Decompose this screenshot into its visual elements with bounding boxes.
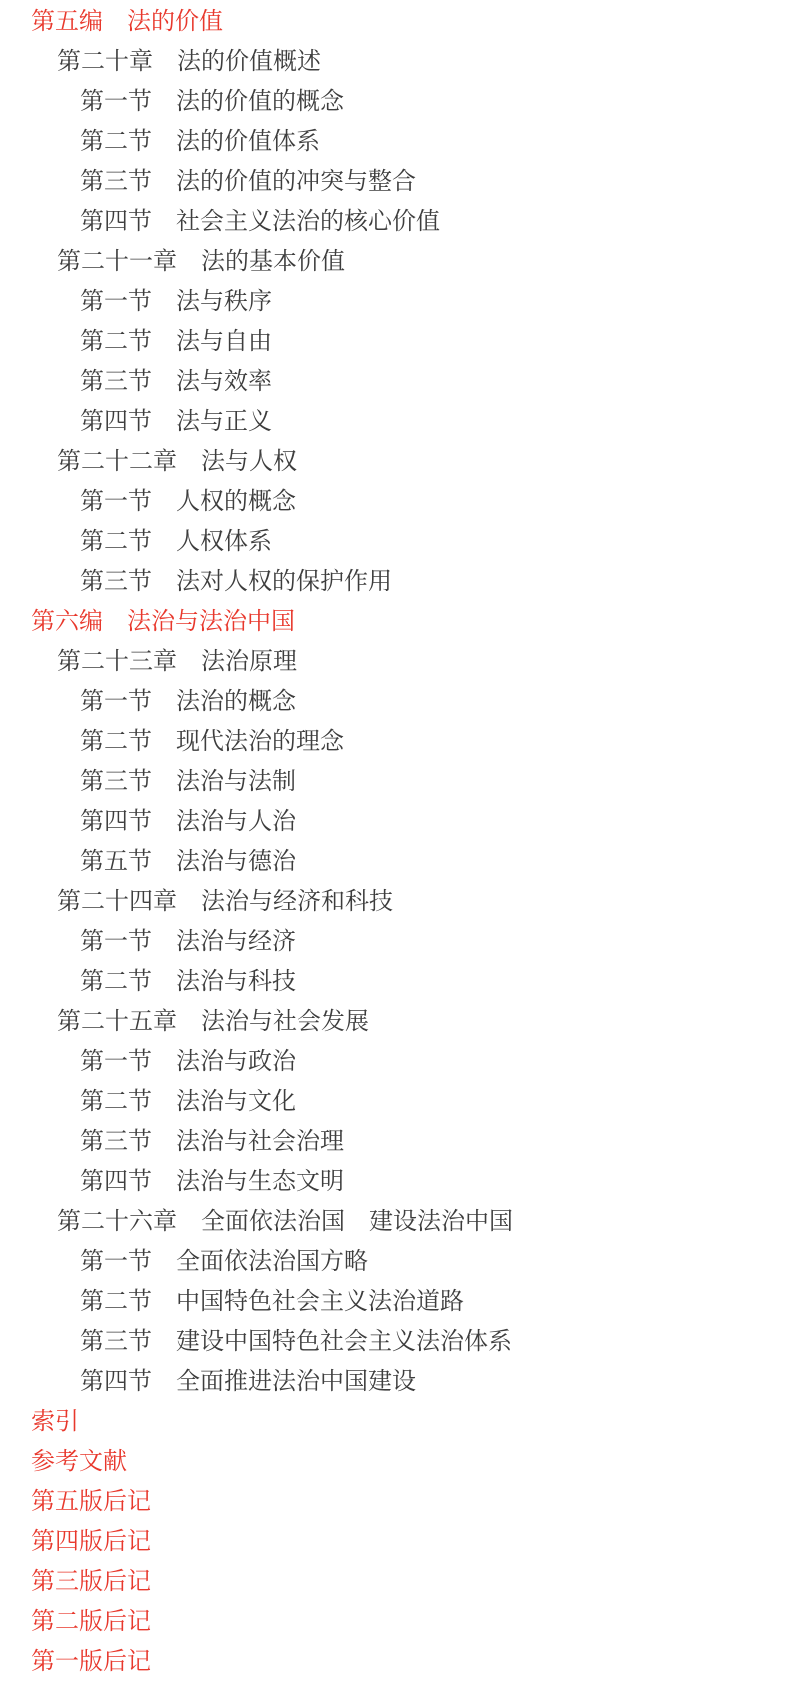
toc-entry-section[interactable]: 第三节法的价值的冲突与整合 <box>0 161 790 201</box>
toc-entry-section[interactable]: 第三节法治与社会治理 <box>0 1121 790 1161</box>
entry-title: 法治与科技 <box>176 961 296 1001</box>
entry-number: 第一节 <box>80 1041 152 1081</box>
entry-title: 法治与法制 <box>176 761 296 801</box>
entry-title: 法的价值 <box>127 1 223 41</box>
toc-entry-backmatter[interactable]: 第四版后记 <box>0 1521 790 1561</box>
entry-number: 第一节 <box>80 281 152 321</box>
toc-entry-section[interactable]: 第五节法治与德治 <box>0 841 790 881</box>
toc-entry-section[interactable]: 第一节法的价值的概念 <box>0 81 790 121</box>
entry-title: 中国特色社会主义法治道路 <box>176 1281 464 1321</box>
toc-entry-chapter[interactable]: 第二十章法的价值概述 <box>0 41 790 81</box>
entry-title: 索引 <box>31 1401 79 1441</box>
entry-number: 第三节 <box>80 1321 152 1361</box>
entry-title: 法治与社会发展 <box>201 1001 369 1041</box>
entry-title: 第一版后记 <box>31 1641 151 1681</box>
toc-entry-section[interactable]: 第三节法对人权的保护作用 <box>0 561 790 601</box>
toc-entry-part[interactable]: 第五编法的价值 <box>0 1 790 41</box>
entry-number: 第一节 <box>80 81 152 121</box>
entry-title: 法治与政治 <box>176 1041 296 1081</box>
entry-number: 第二十四章 <box>57 881 177 921</box>
entry-title: 法的价值的概念 <box>176 81 344 121</box>
entry-title: 法的基本价值 <box>201 241 345 281</box>
toc-entry-section[interactable]: 第四节全面推进法治中国建设 <box>0 1361 790 1401</box>
toc-page: 第五编法的价值第二十章法的价值概述第一节法的价值的概念第二节法的价值体系第三节法… <box>0 0 790 1705</box>
toc-entry-backmatter[interactable]: 第五版后记 <box>0 1481 790 1521</box>
entry-number: 第三节 <box>80 1121 152 1161</box>
entry-title: 法与正义 <box>176 401 272 441</box>
toc-entry-section[interactable]: 第三节建设中国特色社会主义法治体系 <box>0 1321 790 1361</box>
entry-title: 建设中国特色社会主义法治体系 <box>176 1321 512 1361</box>
toc-entry-section[interactable]: 第二节法的价值体系 <box>0 121 790 161</box>
toc-entry-backmatter[interactable]: 参考文献 <box>0 1441 790 1481</box>
entry-title: 法治与文化 <box>176 1081 296 1121</box>
toc-list: 第五编法的价值第二十章法的价值概述第一节法的价值的概念第二节法的价值体系第三节法… <box>0 1 790 1681</box>
entry-number: 第二十一章 <box>57 241 177 281</box>
toc-entry-section[interactable]: 第二节人权体系 <box>0 521 790 561</box>
entry-number: 第二节 <box>80 961 152 1001</box>
toc-entry-section[interactable]: 第一节法治的概念 <box>0 681 790 721</box>
entry-title: 法与秩序 <box>176 281 272 321</box>
toc-entry-section[interactable]: 第二节中国特色社会主义法治道路 <box>0 1281 790 1321</box>
toc-entry-section[interactable]: 第三节法治与法制 <box>0 761 790 801</box>
toc-entry-section[interactable]: 第一节法治与经济 <box>0 921 790 961</box>
entry-title: 法与人权 <box>201 441 297 481</box>
toc-entry-section[interactable]: 第一节法治与政治 <box>0 1041 790 1081</box>
entry-number: 第二节 <box>80 721 152 761</box>
entry-title: 社会主义法治的核心价值 <box>176 201 440 241</box>
entry-title: 法的价值体系 <box>176 121 320 161</box>
entry-title: 第三版后记 <box>31 1561 151 1601</box>
entry-number: 第三节 <box>80 361 152 401</box>
toc-entry-backmatter[interactable]: 第三版后记 <box>0 1561 790 1601</box>
entry-title: 第四版后记 <box>31 1521 151 1561</box>
entry-title: 第二版后记 <box>31 1601 151 1641</box>
toc-entry-chapter[interactable]: 第二十六章全面依法治国 建设法治中国 <box>0 1201 790 1241</box>
toc-entry-backmatter[interactable]: 第二版后记 <box>0 1601 790 1641</box>
toc-entry-section[interactable]: 第三节法与效率 <box>0 361 790 401</box>
entry-title: 法与自由 <box>176 321 272 361</box>
entry-number: 第一节 <box>80 1241 152 1281</box>
entry-number: 第二十三章 <box>57 641 177 681</box>
entry-number: 第五节 <box>80 841 152 881</box>
entry-title: 全面依法治国方略 <box>176 1241 368 1281</box>
entry-number: 第三节 <box>80 161 152 201</box>
toc-entry-section[interactable]: 第四节法治与人治 <box>0 801 790 841</box>
entry-number: 第二十二章 <box>57 441 177 481</box>
entry-title: 全面依法治国 建设法治中国 <box>201 1201 513 1241</box>
entry-number: 第二十五章 <box>57 1001 177 1041</box>
toc-entry-section[interactable]: 第二节法与自由 <box>0 321 790 361</box>
toc-entry-section[interactable]: 第二节法治与文化 <box>0 1081 790 1121</box>
toc-entry-chapter[interactable]: 第二十四章法治与经济和科技 <box>0 881 790 921</box>
entry-title: 法治与人治 <box>176 801 296 841</box>
entry-number: 第四节 <box>80 1161 152 1201</box>
entry-title: 法治与经济 <box>176 921 296 961</box>
entry-title: 法治与社会治理 <box>176 1121 344 1161</box>
toc-entry-chapter[interactable]: 第二十一章法的基本价值 <box>0 241 790 281</box>
toc-entry-section[interactable]: 第一节法与秩序 <box>0 281 790 321</box>
entry-title: 人权体系 <box>176 521 272 561</box>
entry-title: 法对人权的保护作用 <box>176 561 392 601</box>
toc-entry-section[interactable]: 第一节人权的概念 <box>0 481 790 521</box>
entry-title: 法治的概念 <box>176 681 296 721</box>
entry-title: 法的价值的冲突与整合 <box>176 161 416 201</box>
entry-title: 法治与法治中国 <box>127 601 295 641</box>
toc-entry-section[interactable]: 第二节法治与科技 <box>0 961 790 1001</box>
toc-entry-section[interactable]: 第四节社会主义法治的核心价值 <box>0 201 790 241</box>
entry-number: 第三节 <box>80 561 152 601</box>
toc-entry-section[interactable]: 第二节现代法治的理念 <box>0 721 790 761</box>
entry-title: 第五版后记 <box>31 1481 151 1521</box>
toc-entry-backmatter[interactable]: 第一版后记 <box>0 1641 790 1681</box>
entry-number: 第四节 <box>80 1361 152 1401</box>
toc-entry-chapter[interactable]: 第二十五章法治与社会发展 <box>0 1001 790 1041</box>
entry-number: 第二节 <box>80 121 152 161</box>
entry-number: 第二节 <box>80 321 152 361</box>
toc-entry-backmatter[interactable]: 索引 <box>0 1401 790 1441</box>
entry-title: 法的价值概述 <box>177 41 321 81</box>
entry-number: 第二节 <box>80 521 152 561</box>
entry-title: 法治原理 <box>201 641 297 681</box>
entry-number: 第四节 <box>80 401 152 441</box>
entry-number: 第二节 <box>80 1281 152 1321</box>
entry-number: 第一节 <box>80 921 152 961</box>
entry-title: 人权的概念 <box>176 481 296 521</box>
entry-title: 法治与生态文明 <box>176 1161 344 1201</box>
entry-title: 法治与经济和科技 <box>201 881 393 921</box>
entry-number: 第二十章 <box>57 41 153 81</box>
entry-number: 第六编 <box>31 601 103 641</box>
entry-number: 第四节 <box>80 801 152 841</box>
entry-number: 第一节 <box>80 481 152 521</box>
entry-number: 第二节 <box>80 1081 152 1121</box>
entry-title: 法治与德治 <box>176 841 296 881</box>
toc-entry-part[interactable]: 第六编法治与法治中国 <box>0 601 790 641</box>
entry-number: 第三节 <box>80 761 152 801</box>
toc-entry-chapter[interactable]: 第二十三章法治原理 <box>0 641 790 681</box>
entry-title: 参考文献 <box>31 1441 127 1481</box>
entry-number: 第一节 <box>80 681 152 721</box>
toc-entry-section[interactable]: 第一节全面依法治国方略 <box>0 1241 790 1281</box>
entry-number: 第五编 <box>31 1 103 41</box>
toc-entry-section[interactable]: 第四节法与正义 <box>0 401 790 441</box>
entry-number: 第四节 <box>80 201 152 241</box>
toc-entry-section[interactable]: 第四节法治与生态文明 <box>0 1161 790 1201</box>
entry-title: 法与效率 <box>176 361 272 401</box>
entry-title: 全面推进法治中国建设 <box>176 1361 416 1401</box>
entry-title: 现代法治的理念 <box>176 721 344 761</box>
toc-entry-chapter[interactable]: 第二十二章法与人权 <box>0 441 790 481</box>
entry-number: 第二十六章 <box>57 1201 177 1241</box>
